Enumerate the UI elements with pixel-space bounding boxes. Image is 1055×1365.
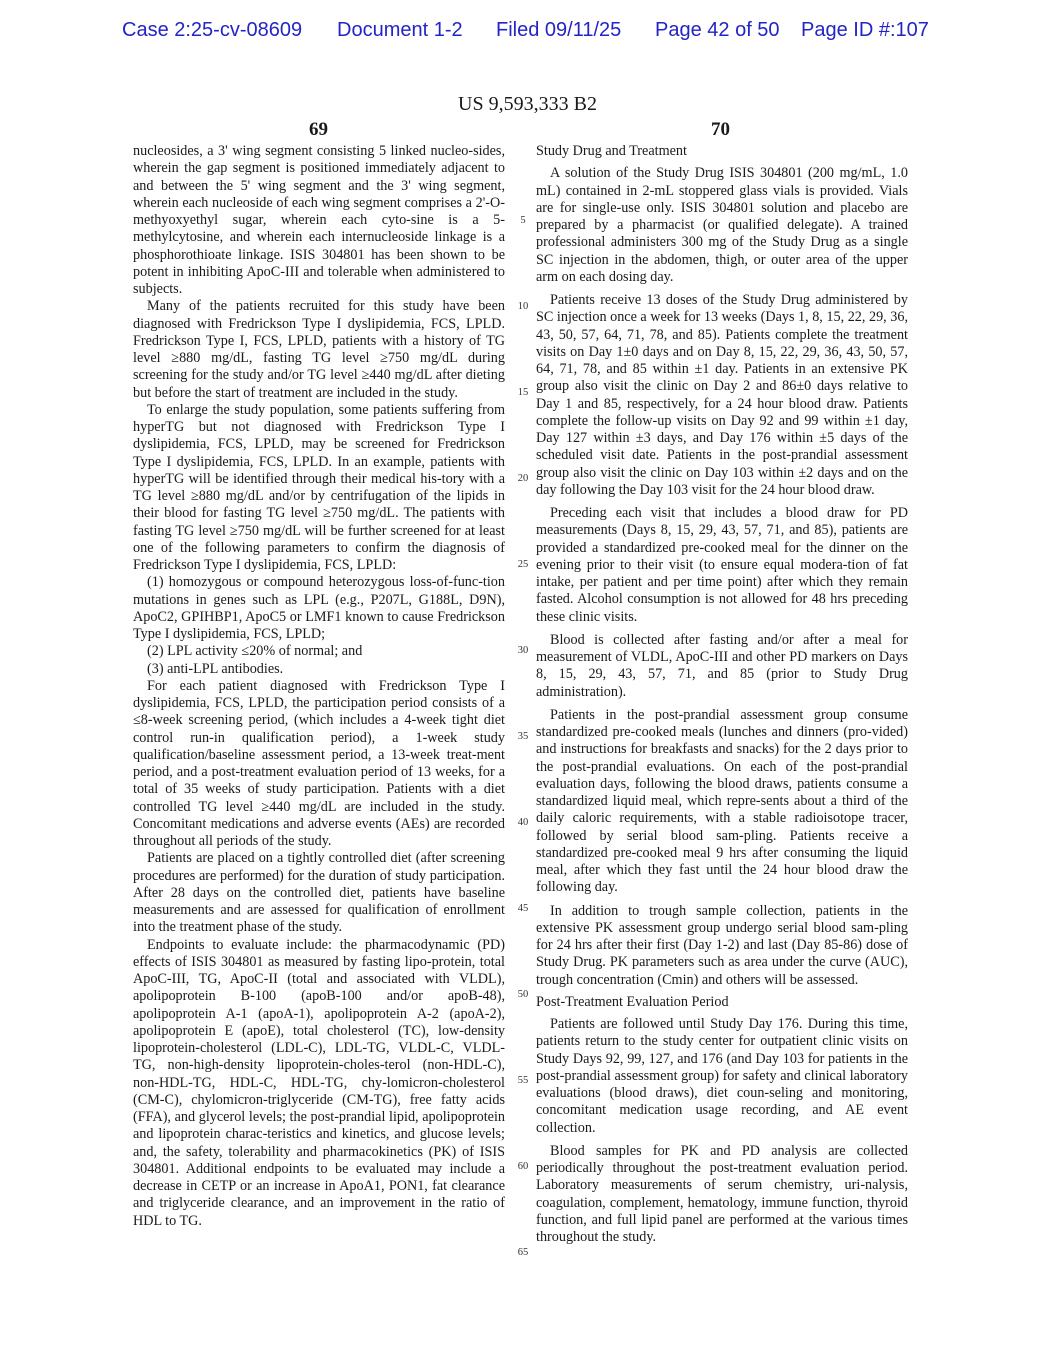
left-column: nucleosides, a 3' wing segment consistin… <box>133 143 505 1230</box>
paragraph: In addition to trough sample collection,… <box>536 903 908 989</box>
list-item: (3) anti-LPL antibodies. <box>133 661 505 678</box>
paragraph: For each patient diagnosed with Fredrick… <box>133 678 505 851</box>
filed-date: Filed 09/11/25 <box>496 19 621 42</box>
line-number: 5 <box>513 215 533 226</box>
line-number: 60 <box>513 1161 533 1172</box>
document-number: Document 1-2 <box>337 19 463 42</box>
line-number: 40 <box>513 817 533 828</box>
left-column-number: 69 <box>309 119 328 141</box>
line-number: 45 <box>513 903 533 914</box>
paragraph: Patients receive 13 doses of the Study D… <box>536 292 908 499</box>
case-number: Case 2:25-cv-08609 <box>122 19 302 42</box>
paragraph: Blood is collected after fasting and/or … <box>536 632 908 701</box>
paragraph: Endpoints to evaluate include: the pharm… <box>133 937 505 1230</box>
section-heading: Study Drug and Treatment <box>536 143 908 160</box>
line-number: 10 <box>513 301 533 312</box>
right-column: Study Drug and Treatment A solution of t… <box>536 143 908 1246</box>
page-id: Page ID #:107 <box>801 19 929 42</box>
line-number: 25 <box>513 559 533 570</box>
paragraph: Patients are followed until Study Day 17… <box>536 1016 908 1137</box>
paragraph: Patients are placed on a tightly control… <box>133 850 505 936</box>
paragraph: A solution of the Study Drug ISIS 304801… <box>536 165 908 286</box>
paragraph: To enlarge the study population, some pa… <box>133 402 505 575</box>
line-number: 65 <box>513 1247 533 1258</box>
paragraph: Blood samples for PK and PD analysis are… <box>536 1143 908 1247</box>
paragraph: Many of the patients recruited for this … <box>133 298 505 402</box>
right-column-number: 70 <box>711 119 730 141</box>
line-number: 20 <box>513 473 533 484</box>
list-item: (2) LPL activity ≤20% of normal; and <box>133 643 505 660</box>
patent-number: US 9,593,333 B2 <box>0 93 1055 116</box>
paragraph: Patients in the post-prandial assessment… <box>536 707 908 897</box>
line-number: 55 <box>513 1075 533 1086</box>
page-count: Page 42 of 50 <box>655 19 780 42</box>
line-number: 15 <box>513 387 533 398</box>
line-number: 50 <box>513 989 533 1000</box>
paragraph: Preceding each visit that includes a blo… <box>536 505 908 626</box>
list-item: (1) homozygous or compound heterozygous … <box>133 574 505 643</box>
line-number: 30 <box>513 645 533 656</box>
section-heading: Post-Treatment Evaluation Period <box>536 994 908 1011</box>
paragraph: nucleosides, a 3' wing segment consistin… <box>133 143 505 298</box>
line-number: 35 <box>513 731 533 742</box>
